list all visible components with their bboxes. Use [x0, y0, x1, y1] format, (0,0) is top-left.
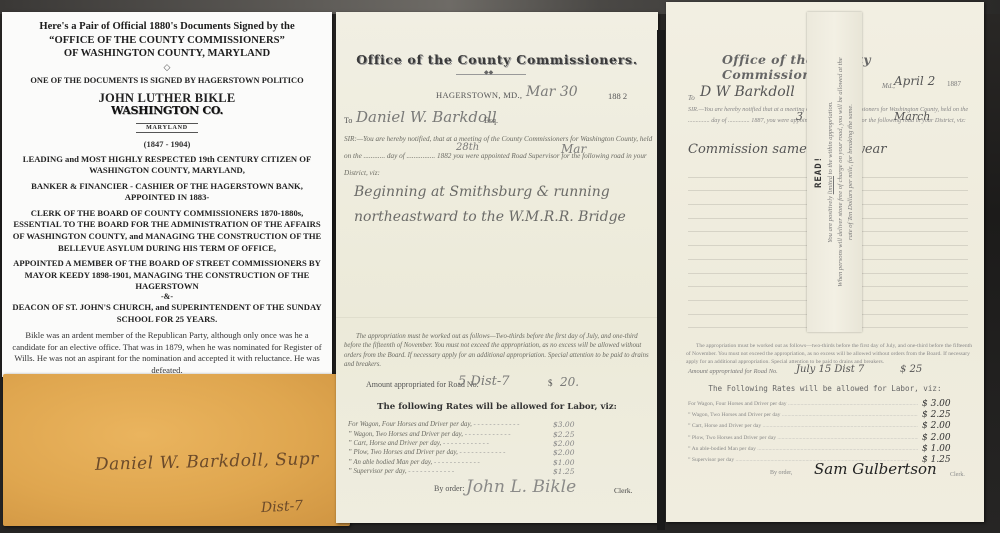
washington-co-logo: WASHINGTON CO. [8, 105, 326, 116]
by-order-label: By order, [770, 470, 792, 476]
rate-label: ” Wagon, Two Horses and Driver per day [688, 412, 918, 418]
rate-value: $1.25 [553, 467, 574, 476]
clerk-label: Clerk. [614, 486, 633, 495]
rate-label: ” Plow, Two Horses and Driver per day, [348, 449, 553, 456]
rates-table: For Wagon, Four Horses and Driver per da… [688, 398, 978, 466]
rate-label: ” Plow, Two Horses and Driver per day [688, 435, 918, 441]
ampersand-divider: -&- [8, 293, 326, 301]
read-notice-text: READ! You are positively limited to the … [814, 22, 856, 322]
appropriation-instructions: The appropriation must be worked out as … [686, 342, 976, 366]
read-heading: READ! [814, 22, 824, 322]
headline-line-2: “OFFICE OF THE COUNTY COMMISSIONERS” [8, 34, 326, 48]
rate-label: ” Cart, Horse and Driver per day, [348, 440, 553, 447]
signature-clerk: Sam Gulbertson [814, 460, 937, 478]
read-line-1b: to the within appropriation. [827, 101, 834, 176]
rate-row: For Wagon, Four Horses and Driver per da… [688, 398, 978, 409]
notice-text: SIR:—You are hereby notified, that at a … [344, 131, 654, 182]
rate-value: $2.00 [553, 448, 574, 457]
rate-row: ” An able-bodied Man per day$ 1.00 [688, 443, 978, 454]
read-line-3: rate of Ten Dollars per mile, for breaki… [846, 22, 856, 322]
paragraph-deacon: DEACON OF ST. JOHN'S CHURCH, and SUPERIN… [8, 302, 326, 325]
paragraph-street-commissioner: APPOINTED A MEMBER OF THE BOARD OF STREE… [8, 258, 326, 293]
read-line-2: When persons will deliver stone free of … [836, 22, 846, 322]
appropriation-instructions: The appropriation must be worked out as … [344, 332, 649, 369]
read-line-1a: You are positively [827, 194, 834, 242]
ornamental-rule [456, 74, 526, 75]
paragraph-citizen: LEADING and MOST HIGHLY RESPECTED 19th C… [8, 154, 326, 177]
to-prefix: To [344, 116, 352, 125]
subheading: ONE OF THE DOCUMENTS IS SIGNED BY HAGERS… [8, 75, 326, 87]
read-notice-strip: READ! You are positively limited to the … [807, 12, 862, 332]
place-label: HAGERSTOWN, MD., [436, 90, 522, 100]
rate-row: ” An able bodied Man per day,$1.00 [348, 458, 648, 467]
rate-label: ” Cart, Horse and Driver per day [688, 423, 918, 429]
rate-row: ” Plow, Two Horses and Driver per day$ 2… [688, 432, 978, 443]
rate-value: $2.25 [553, 430, 574, 439]
rate-value: $2.00 [553, 439, 574, 448]
rate-row: ” Plow, Two Horses and Driver per day,$2… [348, 448, 648, 457]
document-1882: Office of the County Commissioners. HAGE… [336, 12, 658, 523]
rate-label: For Wagon, Four Horses and Driver per da… [688, 401, 918, 407]
clerk-label: Clerk. [950, 472, 965, 478]
handwritten-addressee: Daniel W. Barkdoll [356, 108, 497, 126]
envelope-district: Dist-7 [261, 498, 304, 516]
rate-label: ” An able-bodied Man per day [688, 446, 918, 452]
rates-title: The Following Rates will be allowed for … [666, 384, 984, 393]
rate-value: $ 2.25 [922, 410, 951, 420]
rate-value: $3.00 [553, 420, 574, 429]
year-label: 188 2 [608, 91, 627, 101]
handwritten-meeting-month: March [894, 110, 930, 123]
maryland-logo-banner: MARYLAND [136, 123, 198, 133]
handwritten-date: April 2 [894, 74, 935, 88]
rate-row: ” Wagon, Two Horses and Driver per day,$… [348, 429, 648, 438]
rate-label: For Wagon, Four Horses and Driver per da… [348, 421, 553, 428]
handwritten-amount: 20. [560, 375, 579, 389]
paragraph-banker: BANKER & FINANCIER - CASHIER OF THE HAGE… [8, 181, 326, 204]
rate-value: $1.00 [553, 458, 574, 467]
diamond-ornament-icon: ◇ [8, 62, 326, 73]
rate-row: For Wagon, Four Horses and Driver per da… [348, 420, 648, 429]
headline-line-3: OF WASHINGTON COUNTY, MARYLAND [8, 47, 326, 61]
handwritten-date: Mar 30 [526, 84, 578, 100]
md-label: Md., [882, 82, 895, 90]
handwritten-meeting-month: Mar [561, 142, 586, 156]
handwritten-addressee: D W Barkdoll [700, 84, 795, 100]
bio-paragraph: Bikle was an ardent member of the Republ… [8, 330, 326, 376]
rates-table: For Wagon, Four Horses and Driver per da… [348, 420, 648, 476]
info-sheet: Here's a Pair of Official 1880's Documen… [2, 12, 332, 377]
esq-label: Esq. [484, 116, 498, 125]
signature-john-l-bikle: John L. Bikle [466, 477, 576, 497]
rate-row: ” Wagon, Two Horses and Driver per day$ … [688, 409, 978, 420]
dollar-sign: $ [548, 378, 553, 388]
handwritten-amount: $ 25 [900, 364, 922, 375]
rates-title: The following Rates will be allowed for … [336, 402, 658, 412]
person-name: JOHN LUTHER BIKLE [8, 91, 326, 105]
rate-label: ” An able bodied Man per day, [348, 459, 553, 466]
by-order-label: By order: [434, 484, 464, 493]
amount-label: Amount appropriated for Road No. [688, 368, 778, 375]
dark-gap [657, 30, 665, 530]
rate-value: $ 3.00 [922, 399, 951, 409]
rate-label: ” Supervisor per day, [348, 468, 553, 475]
rate-value: $ 2.00 [922, 433, 951, 443]
rate-row: ” Supervisor per day,$1.25 [348, 467, 648, 476]
rate-value: $ 1.00 [922, 444, 951, 454]
handwritten-meeting-day: 28th [456, 142, 479, 153]
handwritten-road-number: 5 Dist-7 [458, 374, 510, 389]
office-title: Office of the County Commissioners. [336, 52, 658, 67]
rate-value: $ 2.00 [922, 421, 951, 431]
handwritten-meeting-day: 3 [796, 110, 803, 123]
rate-row: ” Cart, Horse and Driver per day,$2.00 [348, 439, 648, 448]
headline-line-1: Here's a Pair of Official 1880's Documen… [8, 20, 326, 34]
read-limited-word: limited [827, 176, 834, 194]
to-prefix: To [688, 94, 695, 102]
year-label: 1887 [947, 80, 961, 88]
envelope-addressee: Daniel W. Barkdoll, Supr [95, 449, 319, 475]
paragraph-clerk: CLERK OF THE BOARD OF COUNTY COMMISSIONE… [8, 208, 326, 254]
rate-label: ” Wagon, Two Horses and Driver per day, [348, 431, 553, 438]
handwritten-road-description: Beginning at Smithsburg & running northe… [354, 180, 644, 230]
paper-fold-line [336, 317, 658, 318]
life-years: (1847 - 1904) [8, 138, 326, 150]
handwritten-road-number: July 15 Dist 7 [796, 364, 864, 375]
envelope: Daniel W. Barkdoll, Supr Dist-7 [3, 374, 350, 526]
rate-row: ” Cart, Horse and Driver per day$ 2.00 [688, 421, 978, 432]
